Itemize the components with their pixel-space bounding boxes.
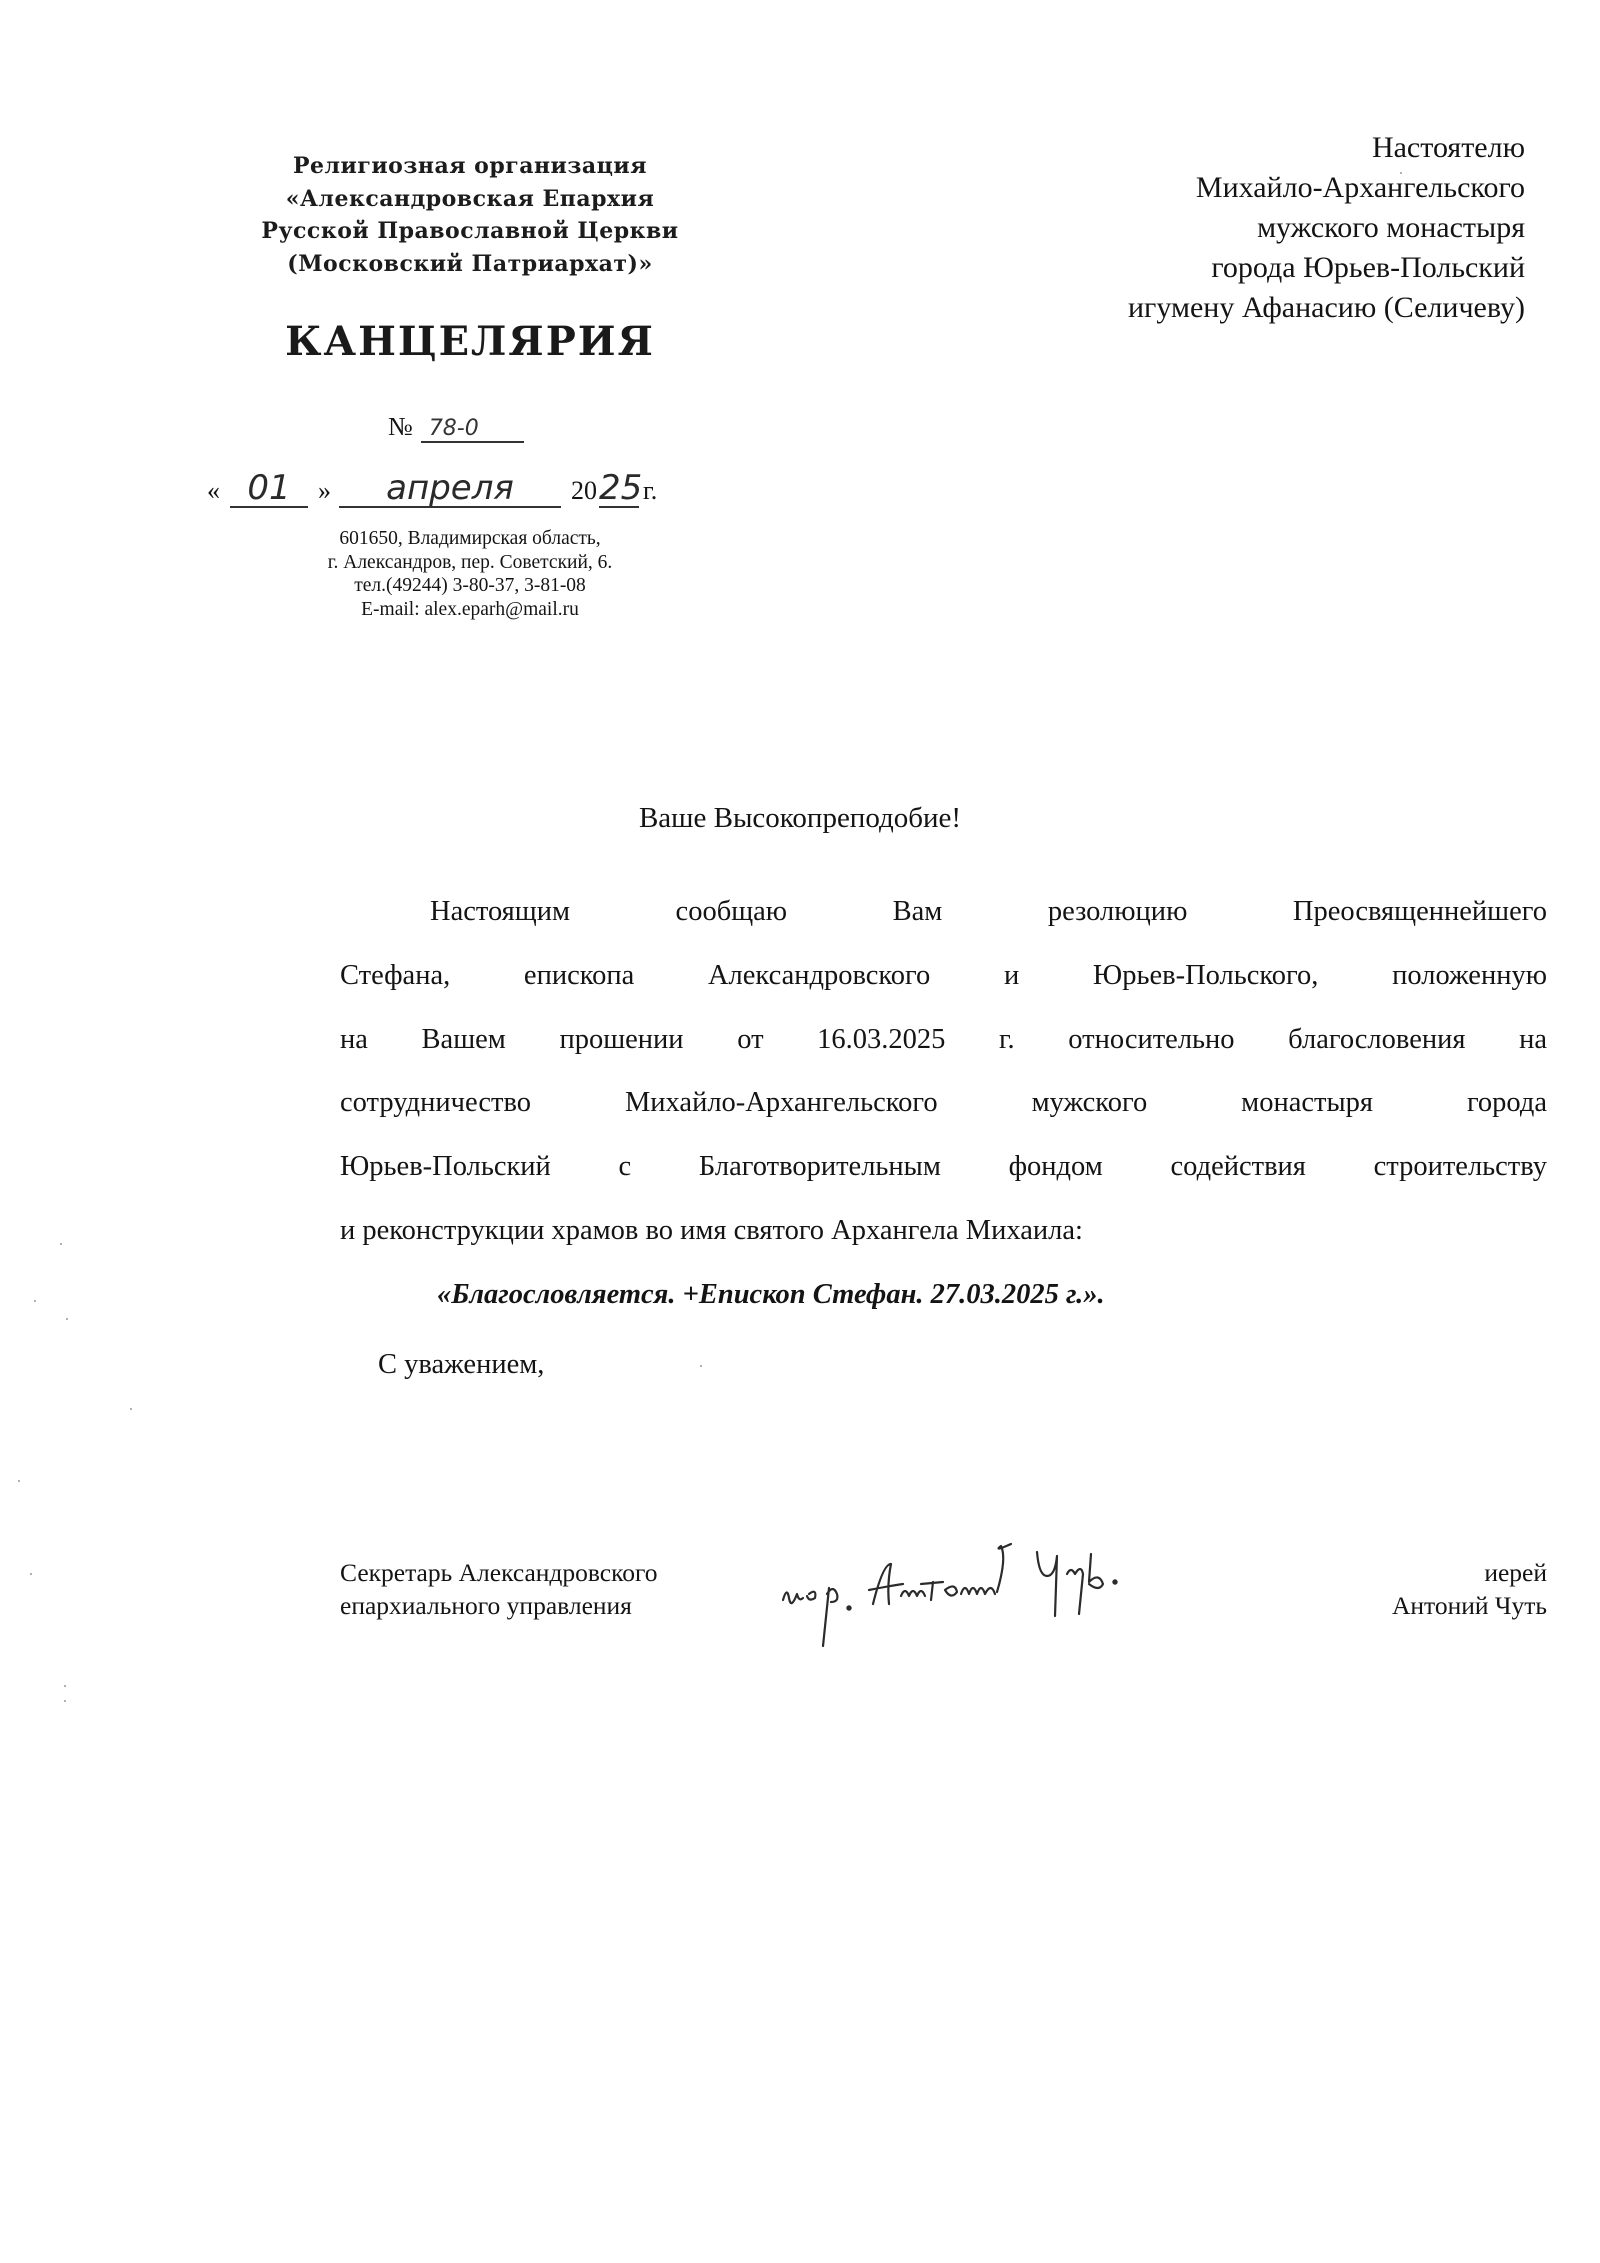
date-open-quote: « [207,476,220,505]
signature-scribble-icon [775,1538,1315,1648]
body-line: на Вашем прошении от 16.03.2025 г. относ… [340,1008,1547,1072]
scan-speck [60,1243,62,1245]
recipient-line: игумену Афанасию (Селичеву) [1128,288,1525,328]
organization-name: Религиозная организация «Александровская… [230,150,710,280]
signatory-rank: иерей [1392,1556,1547,1589]
date-year-suffix: 25 [599,470,639,508]
scan-speck [64,1685,66,1687]
scan-speck [64,1700,66,1702]
address-line: 601650, Владимирская область, [230,527,710,551]
recipient-line: мужского монастыря [1128,208,1525,248]
signatory-name: иерей Антоний Чуть [1392,1556,1547,1622]
closing-regards: С уважением, [378,1349,544,1381]
recipient-block: Настоятелю Михайло-Архангельского мужско… [1128,128,1525,328]
body-line: сотрудничество Михайло-Архангельского му… [340,1071,1547,1135]
body-line: Стефана, епископа Александровского и Юрь… [340,944,1547,1008]
scan-speck [66,1318,68,1320]
organization-line: «Александровская Епархия [230,183,710,216]
handwritten-signature [775,1538,1315,1648]
body-line: Настоящим сообщаю Вам резолюцию Преосвящ… [340,880,1547,944]
office-title: КАНЦЕЛЯРИЯ [230,318,710,365]
document-number: №78-0 [388,412,524,443]
bishop-resolution: «Благословляется. +Епископ Стефан. 27.03… [437,1279,1105,1311]
letter-body: Настоящим сообщаю Вам резолюцию Преосвящ… [340,880,1547,1263]
scan-speck [18,1480,20,1482]
date-day: 01 [230,470,308,508]
date-close-quote: » [318,476,331,505]
date-month: апреля [339,470,561,508]
scan-speck [30,1573,32,1575]
signatory-position: Секретарь Александровского епархиального… [340,1556,658,1622]
recipient-line: Михайло-Архангельского [1128,168,1525,208]
scan-speck [130,1408,132,1410]
address-line: г. Александров, пер. Советский, 6. [230,551,710,575]
address-line: тел.(49244) 3-80-37, 3-81-08 [230,574,710,598]
position-line: Секретарь Александровского [340,1556,658,1589]
scan-speck [1400,172,1402,174]
scan-speck [700,1365,702,1367]
document-date: «01»апреля2025г. [207,470,657,508]
number-value: 78-0 [421,416,524,443]
organization-line: Русской Православной Церкви [230,215,710,248]
position-line: епархиального управления [340,1589,658,1622]
organization-address: 601650, Владимирская область, г. Алексан… [230,527,710,621]
letter-greeting: Ваше Высокопреподобие! [0,802,1600,835]
body-line: Юрьев-Польский с Благотворительным фондо… [340,1135,1547,1199]
address-email: E-mail: alex.eparh@mail.ru [230,598,710,622]
organization-line: Религиозная организация [230,150,710,183]
scan-speck [34,1300,36,1302]
number-label: № [388,412,413,441]
date-year-prefix: 20 [571,476,597,505]
recipient-line: города Юрьев-Польский [1128,248,1525,288]
body-line: и реконструкции храмов во имя святого Ар… [340,1199,1547,1263]
signatory-full-name: Антоний Чуть [1392,1589,1547,1622]
date-year-unit: г. [643,476,657,505]
organization-line: (Московский Патриархат)» [230,248,710,281]
recipient-line: Настоятелю [1128,128,1525,168]
